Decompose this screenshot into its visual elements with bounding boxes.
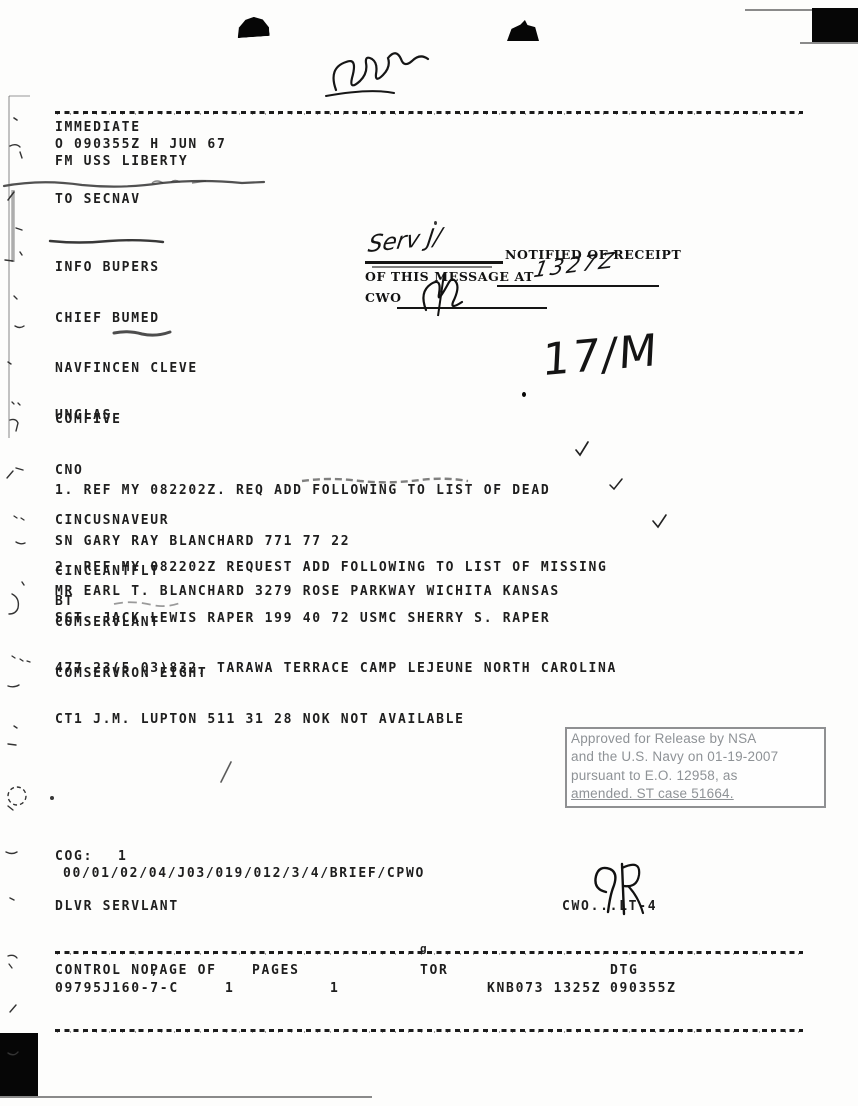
body-line: CT1 J.M. LUPTON 511 31 28 NOK NOT AVAILA… <box>55 712 617 729</box>
body-line: SGT. JACK LEWIS RAPER 199 40 72 USMC SHE… <box>55 611 617 628</box>
from-line: FM USS LIBERTY <box>55 154 188 171</box>
stray-char: g <box>420 941 428 958</box>
handwritten-page-note: 17/M <box>541 325 660 387</box>
smudge-line <box>300 474 472 486</box>
info-line: INFO BUPERS <box>55 260 207 277</box>
handwritten-scribble <box>322 38 452 106</box>
footer-label-page-of: PAGE OF <box>150 963 217 980</box>
info-line: CHIEF BUMED <box>55 311 207 328</box>
checkmark-annotation <box>608 477 624 491</box>
cog-label: COG: <box>55 849 93 866</box>
footer-value-control-no: 09795J160-7-C <box>55 981 179 998</box>
pen-slash-mark <box>218 760 234 784</box>
pen-smear-cinclantflt <box>112 329 174 337</box>
release-approval-stamp: Approved for Release by NSA and the U.S.… <box>565 727 826 808</box>
cwo-initials-signature <box>588 858 648 920</box>
stamp-blank-line-2 <box>497 285 659 287</box>
precedence-line: IMMEDIATE <box>55 120 141 137</box>
footer-value-tor: KNB073 1325Z <box>487 981 601 998</box>
stamp-cwo-label: CWO <box>365 290 402 305</box>
scanned-message-page: IMMEDIATE O 090355Z H JUN 67 FM USS LIBE… <box>0 0 858 1106</box>
cog-value: 1 <box>118 849 128 866</box>
punch-mark-left <box>236 16 269 38</box>
date-time-group-line: O 090355Z H JUN 67 <box>55 137 226 154</box>
pen-dot <box>434 221 437 225</box>
delivery-line: DLVR SERVLANT <box>55 899 179 916</box>
margin-artifacts <box>0 0 45 1106</box>
separator-footer-bottom <box>55 1028 803 1033</box>
punch-mark-right <box>507 20 539 41</box>
handwritten-serv-ref: Serv J/ <box>366 224 443 258</box>
footer-label-pages: PAGES <box>252 963 300 980</box>
footer-label-control-no: CONTROL NO, <box>55 963 160 980</box>
footer-label-tor: TOR <box>420 963 449 980</box>
footer-label-dtg: DTG <box>610 963 639 980</box>
pen-dot <box>522 392 526 397</box>
classification-line: UNCLAS <box>55 408 112 425</box>
stamp-blank-line-1 <box>365 261 503 264</box>
cwo-signature-squiggle <box>418 272 470 318</box>
scan-edge-under-corner <box>800 42 858 44</box>
body-line: 2. REF MY 082202Z REQUEST ADD FOLLOWING … <box>55 560 617 577</box>
to-line: TO SECNAV <box>55 192 141 209</box>
scan-edge-bottom <box>0 1096 372 1098</box>
checkmark-annotation <box>573 440 591 458</box>
release-line: amended. ST case 51664. <box>571 785 821 803</box>
distribution-line: 00/01/02/04/J03/019/012/3/4/BRIEF/CPWO <box>63 866 425 883</box>
release-line: and the U.S. Navy on 01-19-2007 <box>571 748 821 766</box>
separator-top <box>55 110 803 115</box>
release-line: pursuant to E.O. 12958, as <box>571 767 821 785</box>
corner-redaction-block <box>812 8 858 42</box>
release-line: Approved for Release by NSA <box>571 730 821 748</box>
end-of-message-marker: BT <box>55 594 74 611</box>
footer-value-page: 1 <box>225 981 235 998</box>
info-line: NAVFINCEN CLEVE <box>55 361 207 378</box>
smudge-line <box>112 599 184 609</box>
checkmark-annotation <box>650 512 668 530</box>
body-paragraph-2: 2. REF MY 082202Z REQUEST ADD FOLLOWING … <box>55 526 617 763</box>
footer-value-pages: 1 <box>330 981 340 998</box>
body-line: 477 23(5 03)832, TARAWA TERRACE CAMP LEJ… <box>55 661 617 678</box>
footer-value-dtg: 090355Z <box>610 981 677 998</box>
stamp-blank-line-1b <box>372 266 492 268</box>
pen-dot <box>50 796 54 800</box>
pen-underline-info <box>49 238 167 246</box>
separator-footer-top <box>55 950 803 955</box>
